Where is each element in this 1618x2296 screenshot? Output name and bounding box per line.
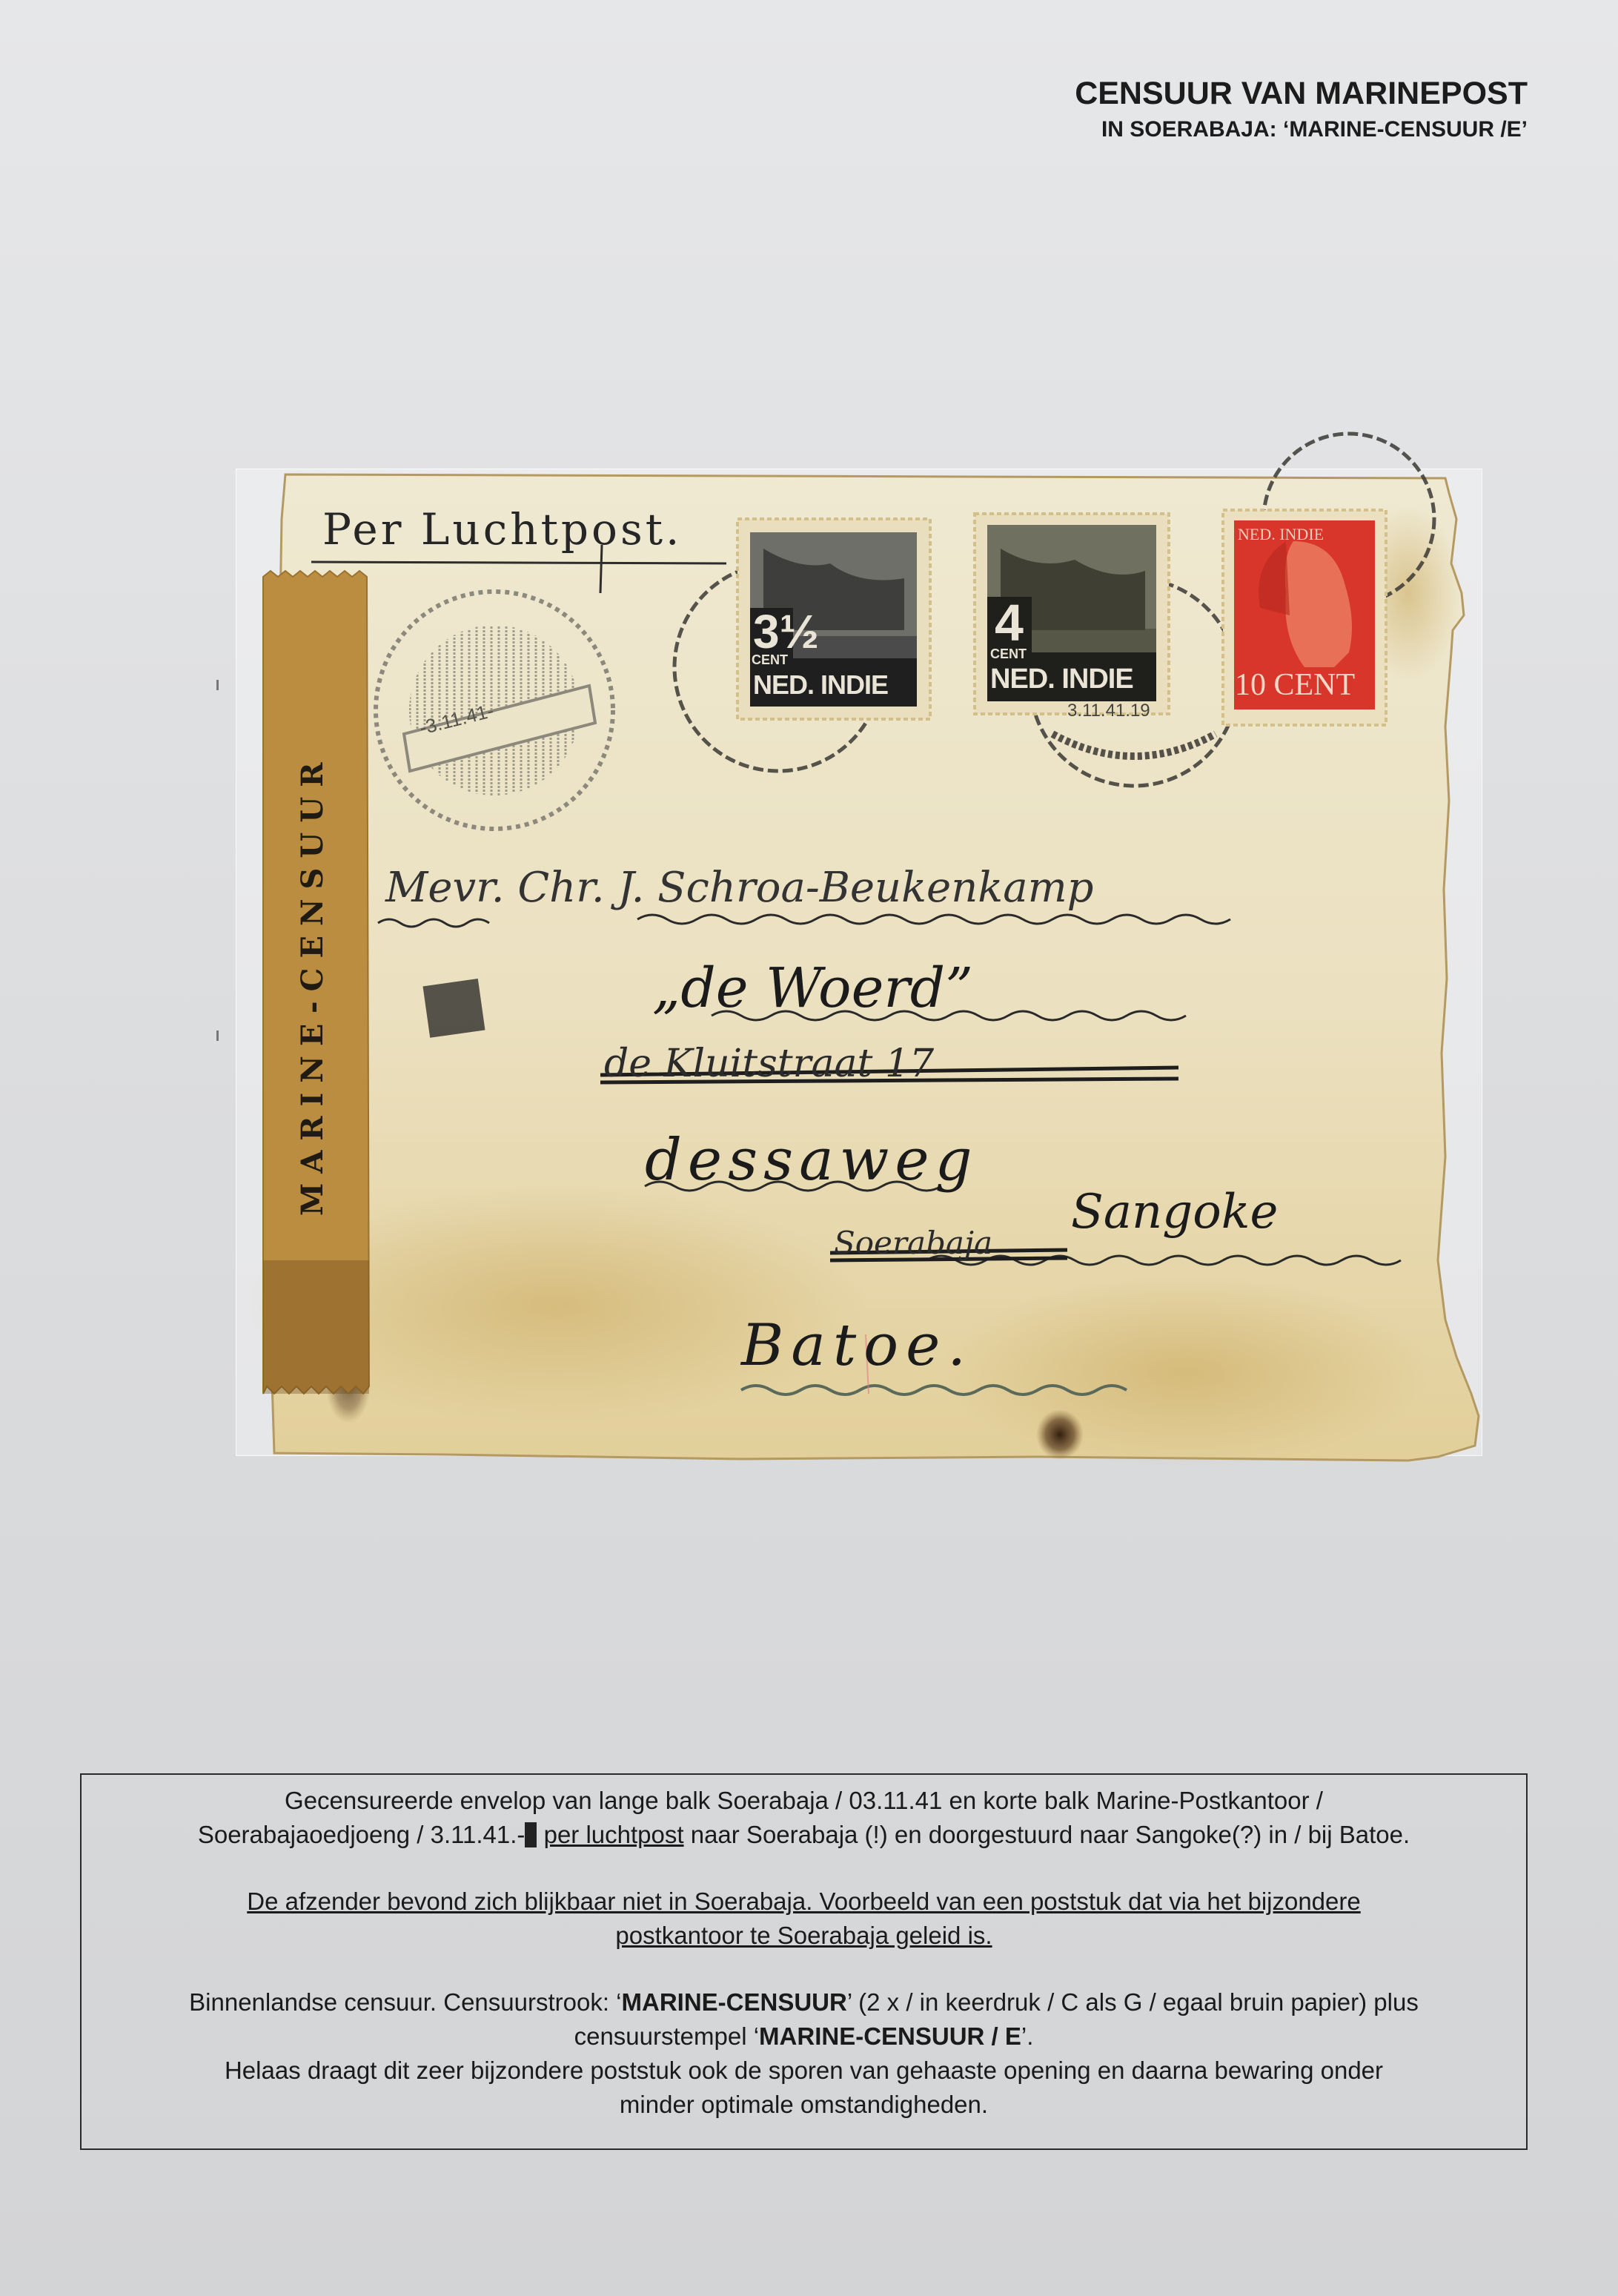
description-box: Gecensureerde envelop van lange balk Soe… (80, 1773, 1528, 2150)
sender-note-line: postkantoor te Soerabaja geleid is. (82, 1919, 1526, 1953)
margin-tick-mark (216, 1030, 219, 1041)
description-text: naar Soerabaja (!) en doorgestuurd naar … (684, 1821, 1410, 1848)
condition-note-line: Helaas draagt dit zeer bijzondere postst… (82, 2054, 1526, 2088)
censorship-text: ’ (2 x / in keerdruk / C als G / egaal b… (847, 1988, 1419, 2016)
censorship-text: ’. (1021, 2022, 1034, 2050)
censorship-line: censuurstempel ‘MARINE-CENSUUR / E’. (82, 2019, 1526, 2054)
censorship-line: Binnenlandse censuur. Censuurstrook: ‘MA… (82, 1985, 1526, 2019)
condition-note-line: minder optimale omstandigheden. (82, 2088, 1526, 2122)
description-line: Gecensureerde envelop van lange balk Soe… (82, 1784, 1526, 1818)
censorship-text: Binnenlandse censuur. Censuurstrook: ‘ (189, 1988, 621, 2016)
censorship-text: censuurstempel ‘ (574, 2022, 759, 2050)
sender-note-line: De afzender bevond zich blijkbaar niet i… (82, 1885, 1526, 1919)
page-header: CENSUUR VAN MARINEPOST IN SOERABAJA: ‘MA… (1075, 74, 1528, 145)
censor-strip-name: MARINE-CENSUUR (622, 1988, 847, 2016)
margin-tick-mark (216, 680, 219, 690)
airmail-underlined-text: per luchtpost (544, 1821, 684, 1848)
page-subtitle: IN SOERABAJA: ‘MARINE-CENSUUR /E’ (1075, 114, 1528, 145)
description-line: Soerabajaoedjoeng / 3.11.41.- per luchtp… (82, 1818, 1526, 1852)
redaction-mark (525, 1822, 537, 1847)
page-title: CENSUUR VAN MARINEPOST (1075, 74, 1528, 113)
description-text: Soerabajaoedjoeng / 3.11.41.- (198, 1821, 525, 1848)
protective-sleeve (236, 469, 1482, 1456)
censor-stamp-name: MARINE-CENSUUR / E (759, 2022, 1021, 2050)
